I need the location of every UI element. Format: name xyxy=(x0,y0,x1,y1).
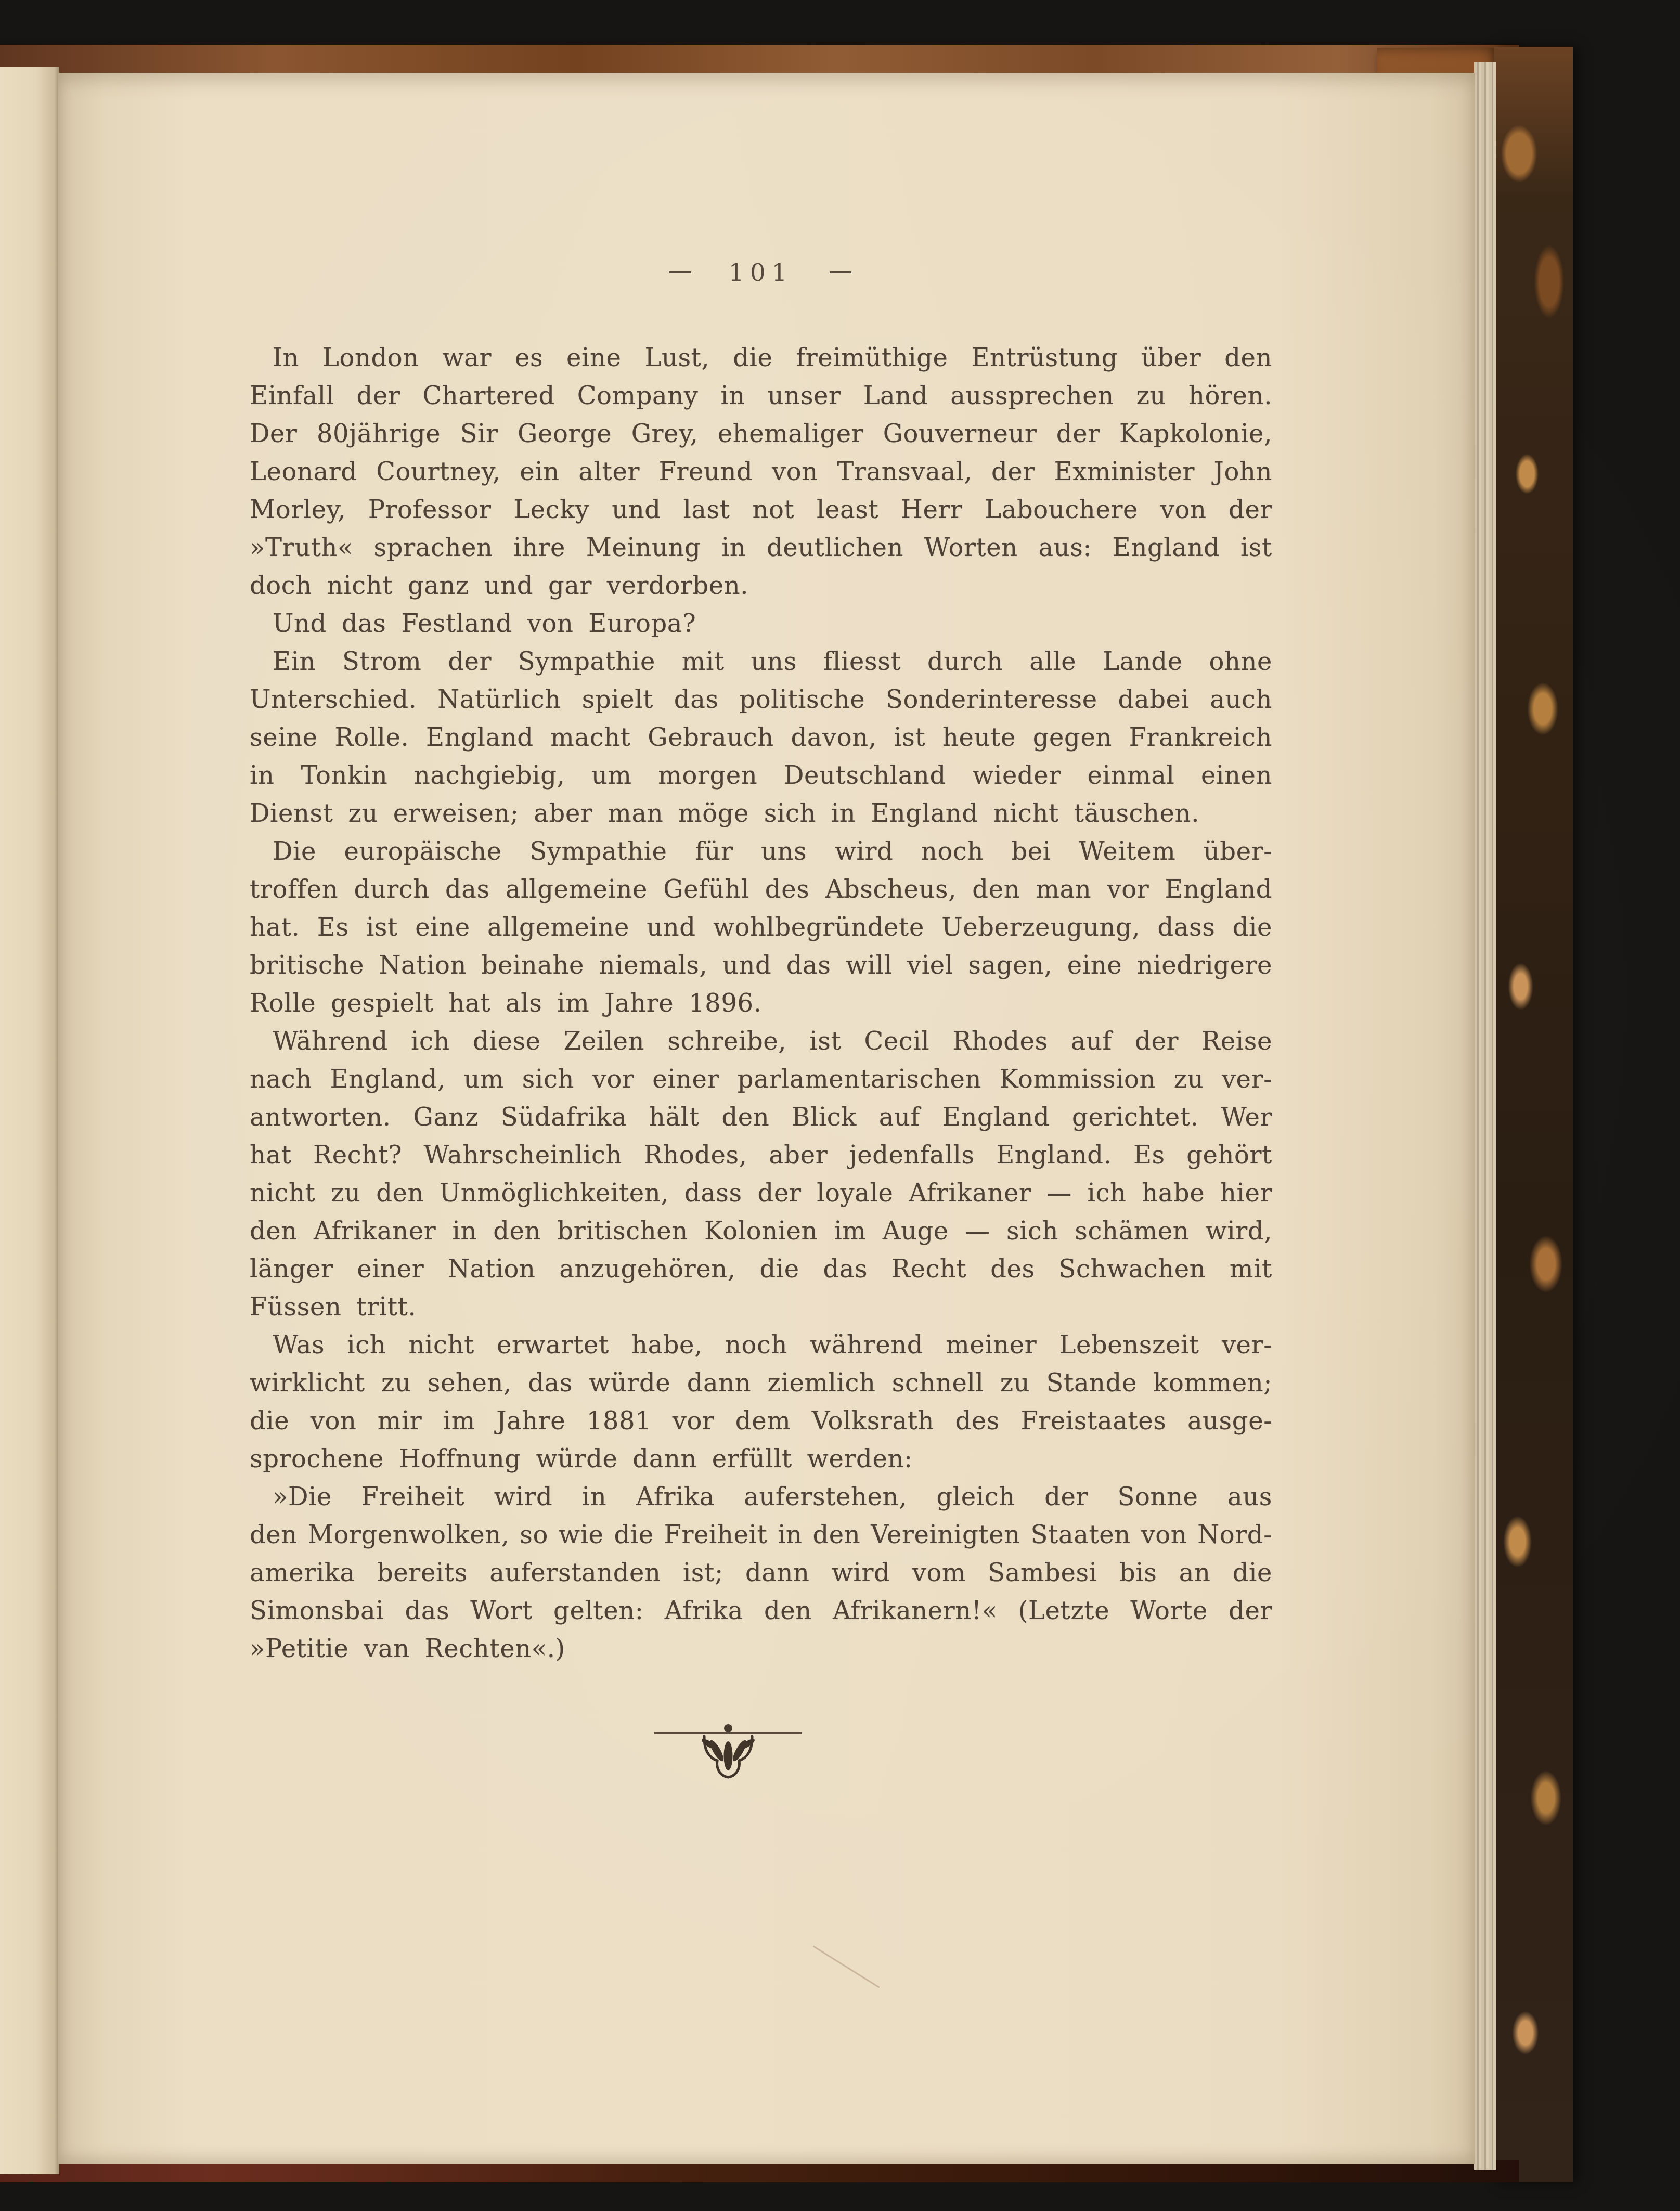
marbled-cover-edge xyxy=(1494,47,1573,2182)
page-number: 101 xyxy=(729,258,793,287)
paragraph: »Die Freiheit wird in Afrika auferstehen… xyxy=(250,1478,1272,1668)
text-line: Die europäische Sympathie für uns wird n… xyxy=(250,833,1272,871)
text-line: den Afrikaner in den britischen Kolonien… xyxy=(250,1212,1272,1250)
text-block: In London war es eine Lust, die freimüth… xyxy=(250,339,1272,1668)
paragraph: In London war es eine Lust, die freimüth… xyxy=(250,339,1272,605)
paragraph: Während ich diese Zeilen schreibe, ist C… xyxy=(250,1023,1272,1326)
text-line: wirklicht zu sehen, das würde dann zieml… xyxy=(250,1364,1272,1402)
text-line: sprochene Hoffnung würde dann erfüllt we… xyxy=(250,1440,1272,1478)
book-page: —101— In London war es eine Lust, die fr… xyxy=(58,73,1475,2164)
text-line: Unterschied. Natürlich spielt das politi… xyxy=(250,681,1272,719)
text-line: den Morgenwolken, so wie die Freiheit in… xyxy=(250,1516,1272,1554)
page-number-dash-right: — xyxy=(829,256,854,285)
text-line: antworten. Ganz Südafrika hält den Blick… xyxy=(250,1098,1272,1136)
text-line: amerika bereits auferstanden ist; dann w… xyxy=(250,1554,1272,1592)
paragraph: Und das Festland von Europa? xyxy=(250,605,1272,643)
paragraph: Ein Strom der Sympathie mit uns fliesst … xyxy=(250,643,1272,833)
page-header: —101— xyxy=(250,256,1272,289)
text-line: Der 80jährige Sir George Grey, ehemalige… xyxy=(250,415,1272,453)
text-line: Leonard Courtney, ein alter Freund von T… xyxy=(250,453,1272,491)
page-number-dash-left: — xyxy=(668,256,693,285)
text-line: die von mir im Jahre 1881 vor dem Volksr… xyxy=(250,1402,1272,1440)
text-line: Morley, Professor Lecky und last not lea… xyxy=(250,491,1272,529)
fleuron-ornament xyxy=(650,1723,806,1801)
text-line: »Truth« sprachen ihre Meinung in deutlic… xyxy=(250,529,1272,567)
text-line: Einfall der Chartered Company in unser L… xyxy=(250,377,1272,415)
text-line: länger einer Nation anzugehören, die das… xyxy=(250,1250,1272,1288)
text-line: hat Recht? Wahrscheinlich Rhodes, aber j… xyxy=(250,1136,1272,1174)
text-line: seine Rolle. England macht Gebrauch davo… xyxy=(250,719,1272,757)
text-line: Rolle gespielt hat als im Jahre 1896. xyxy=(250,985,1272,1023)
text-line: troffen durch das allgemeine Gefühl des … xyxy=(250,871,1272,909)
text-line: in Tonkin nachgiebig, um morgen Deutschl… xyxy=(250,757,1272,795)
text-line: nicht zu den Unmöglichkeiten, dass der l… xyxy=(250,1174,1272,1212)
paragraph: Die europäische Sympathie für uns wird n… xyxy=(250,833,1272,1023)
text-line: »Petitie van Rechten«.) xyxy=(250,1630,1272,1668)
stacked-page-edges xyxy=(1474,62,1496,2170)
page-scratch xyxy=(813,1945,880,1988)
text-line: Füssen tritt. xyxy=(250,1288,1272,1326)
paragraph: Was ich nicht erwartet habe, noch währen… xyxy=(250,1326,1272,1478)
text-line: Während ich diese Zeilen schreibe, ist C… xyxy=(250,1023,1272,1061)
text-line: hat. Es ist eine allgemeine und wohlbegr… xyxy=(250,909,1272,947)
text-line: »Die Freiheit wird in Afrika auferstehen… xyxy=(250,1478,1272,1516)
text-line: In London war es eine Lust, die freimüth… xyxy=(250,339,1272,377)
left-page-edge xyxy=(0,67,59,2174)
text-line: Dienst zu erweisen; aber man möge sich i… xyxy=(250,795,1272,833)
text-line: Und das Festland von Europa? xyxy=(250,605,1272,643)
text-line: Simonsbai das Wort gelten: Afrika den Af… xyxy=(250,1592,1272,1630)
text-line: Ein Strom der Sympathie mit uns fliesst … xyxy=(250,643,1272,681)
photo-background: —101— In London war es eine Lust, die fr… xyxy=(0,0,1680,2211)
text-line: britische Nation beinahe niemals, und da… xyxy=(250,947,1272,985)
text-line: nach England, um sich vor einer parlamen… xyxy=(250,1061,1272,1098)
text-line: Was ich nicht erwartet habe, noch währen… xyxy=(250,1326,1272,1364)
text-line: doch nicht ganz und gar verdorben. xyxy=(250,567,1272,605)
